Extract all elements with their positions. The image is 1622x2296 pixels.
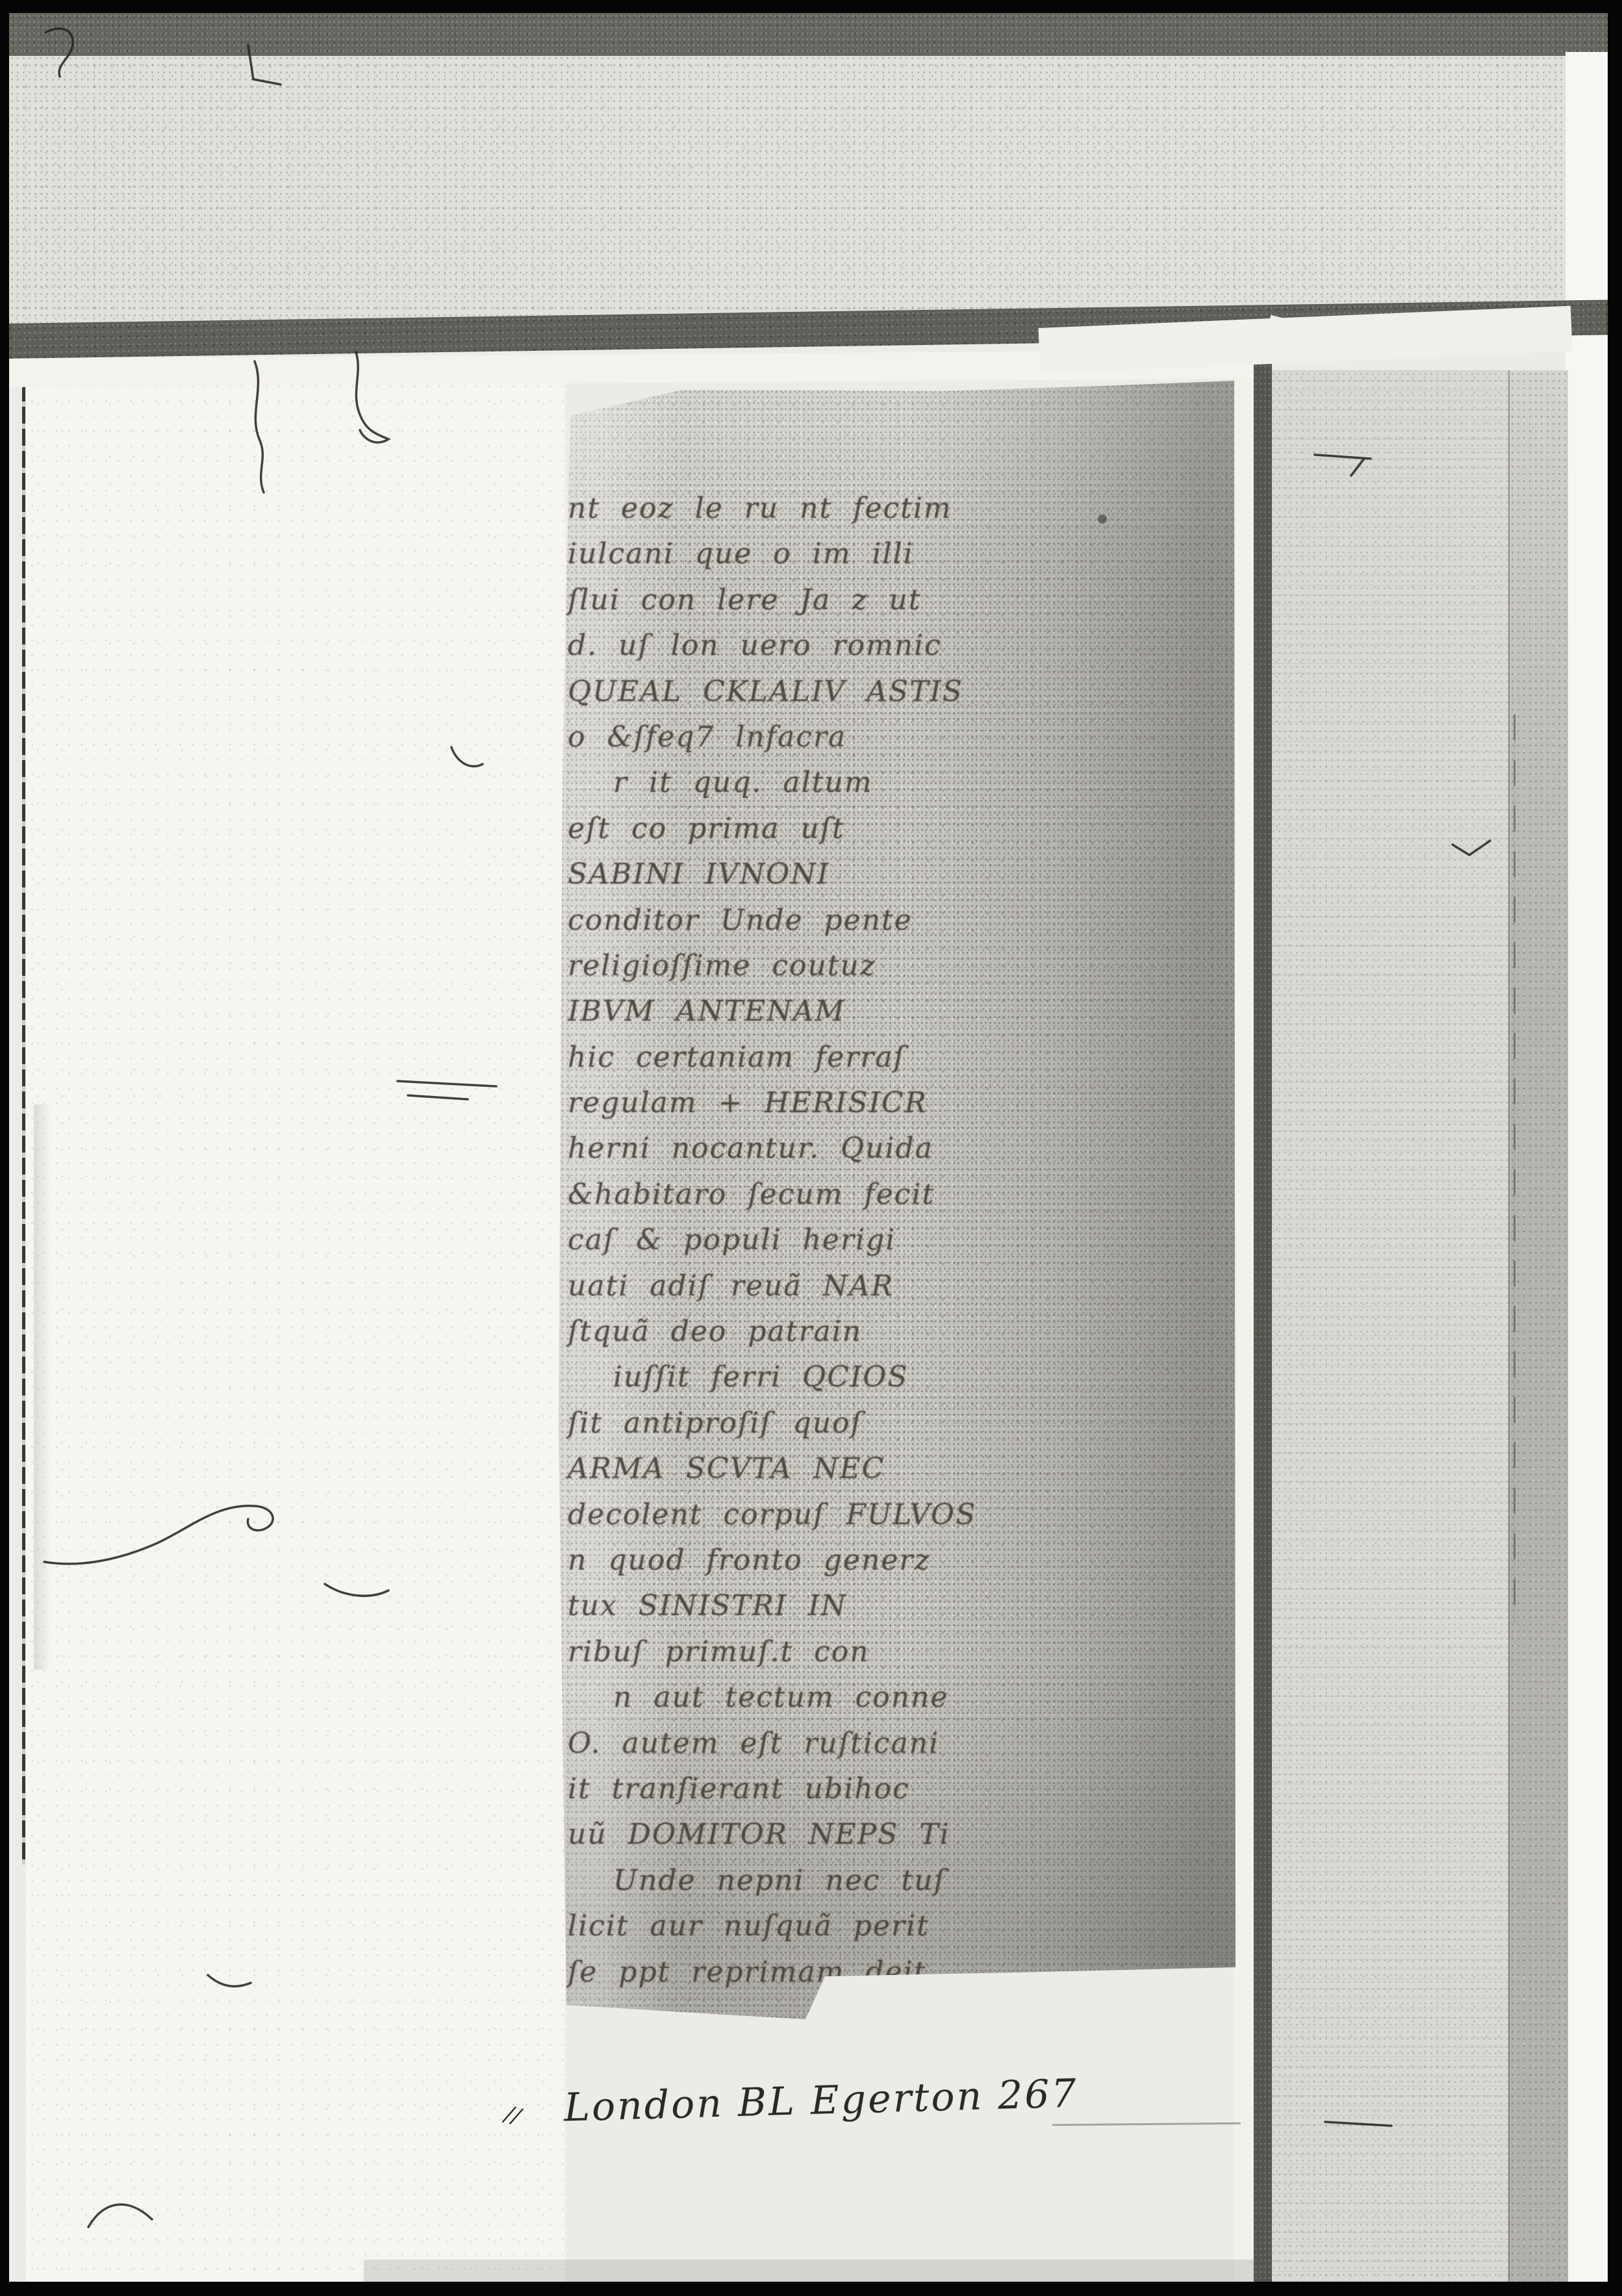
manuscript-line: iulcani que o im illi: [568, 531, 1224, 577]
manuscript-line: licit aur nuſquã perit: [568, 1904, 1224, 1949]
photocopy-page: nt eoz le ru nt fectimiulcani que o im i…: [0, 0, 1622, 2296]
manuscript-line: o &ſfeq7 lnfacra: [568, 715, 1224, 760]
backing-page-left: [26, 364, 565, 2282]
right-page-edge-strip: [1508, 370, 1568, 2282]
manuscript-line: IBVM ANTENAM: [568, 989, 1224, 1034]
manuscript-line: nt eoz le ru nt fectim: [568, 486, 1224, 531]
manuscript-line: iuſſit ferri QCIOS: [568, 1355, 1224, 1400]
manuscript-line: ſlui con lere Ja z ut: [568, 578, 1224, 623]
frame-edge-right: [1608, 0, 1622, 2296]
right-white-margin: [1565, 52, 1608, 2283]
manuscript-line: r it quq. altum: [568, 760, 1224, 806]
manuscript-line: it tranſierant ubihoc: [568, 1767, 1224, 1812]
manuscript-line: caſ & populi herigi: [568, 1218, 1224, 1263]
manuscript-line: d. uſ lon uero romnic: [568, 623, 1224, 669]
adjacent-page-right: [1271, 370, 1510, 2282]
manuscript-line: n aut tectum conne: [568, 1675, 1224, 1720]
frame-edge-bottom: [0, 2282, 1622, 2296]
manuscript-text-block: nt eoz le ru nt fectimiulcani que o im i…: [568, 486, 1224, 1995]
manuscript-line: Unde nepni nec tuſ: [568, 1858, 1224, 1904]
manuscript-line: ſtquã deo patrain: [568, 1309, 1224, 1355]
manuscript-line: eſt co prima uſt: [568, 806, 1224, 852]
manuscript-line: n quod fronto generz: [568, 1538, 1224, 1583]
manuscript-line: regulam + HERISICR: [568, 1080, 1224, 1126]
left-page-shading: [34, 1104, 51, 1670]
manuscript-line: ribuſ primuſ.t con: [568, 1629, 1224, 1675]
manuscript-line: uũ DOMITOR NEPS Ti: [568, 1812, 1224, 1857]
manuscript-line: SABINI IVNONI: [568, 852, 1224, 897]
caption-stray-line: [1052, 2123, 1241, 2126]
manuscript-line: ſe ppt reprimam deit: [568, 1950, 1224, 1995]
manuscript-line: decolent corpuſ FULVOS: [568, 1492, 1224, 1538]
top-dark-band: [9, 13, 1609, 56]
manuscript-line: O. autem eſt ruſticani: [568, 1721, 1224, 1767]
manuscript-line: QUEAL CKLALIV ASTIS: [568, 669, 1224, 715]
manuscript-fragment: nt eoz le ru nt fectimiulcani que o im i…: [556, 377, 1236, 2022]
frame-edge-top: [0, 0, 1622, 13]
manuscript-line: uati adiſ reuã NAR: [568, 1264, 1224, 1309]
binding-gutter-line: [1254, 328, 1272, 2282]
left-dashed-rule: [22, 363, 25, 1865]
manuscript-line: herni nocantur. Quida: [568, 1126, 1224, 1171]
manuscript-line: religioſſime coutuz: [568, 943, 1224, 989]
manuscript-line: tux SINISTRI IN: [568, 1583, 1224, 1629]
right-strip-crease: [1514, 715, 1515, 1624]
manuscript-line: hic certaniam ferraſ: [568, 1035, 1224, 1080]
frame-edge-left: [0, 0, 9, 2296]
gutter-highlight: [1234, 328, 1254, 2282]
manuscript-line: &habitaro ſecum fecit: [568, 1172, 1224, 1218]
manuscript-line: ſit antiproſiſ quoſ: [568, 1401, 1224, 1446]
caption-handwritten: London BL Egerton 267: [563, 2071, 1097, 2131]
upper-gray-zone: [9, 55, 1609, 334]
manuscript-line: ARMA SCVTA NEC: [568, 1446, 1224, 1492]
manuscript-line: conditor Unde pente: [568, 898, 1224, 943]
bottom-gray-smudge: [364, 2260, 1254, 2283]
